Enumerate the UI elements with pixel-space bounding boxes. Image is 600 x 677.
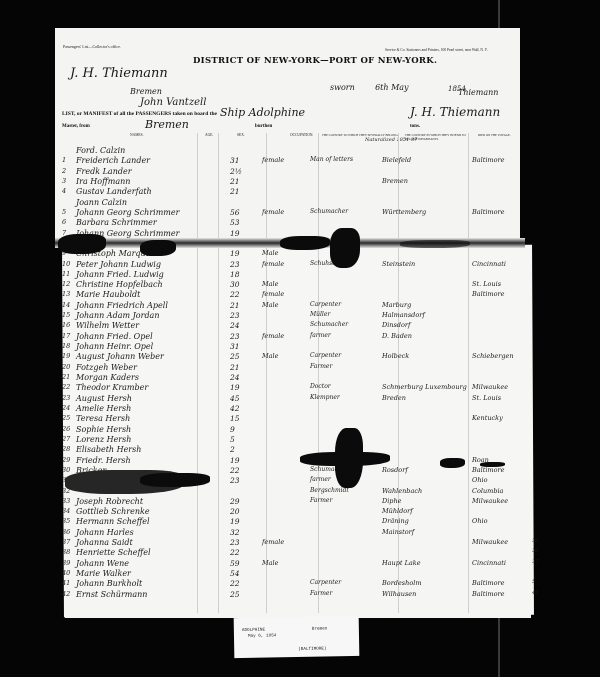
passenger-age: 18 [230, 270, 250, 279]
passenger-number: 5 [62, 208, 74, 216]
card-destination: (BALTIMORE) [298, 646, 326, 651]
passenger-number: 19 [62, 352, 74, 360]
passenger-origin: Wahlenbach [382, 487, 467, 495]
passenger-occupation: Schumacher [310, 208, 380, 215]
burthen-label: burthen [255, 124, 272, 129]
passenger-age: 19 [230, 249, 250, 258]
passenger-name: Elisabeth Hersh [76, 445, 226, 454]
passenger-name: Ernst Schürmann [76, 590, 226, 599]
passenger-age: 2 [230, 445, 250, 454]
archive-index-card: ADOLPHINE May 6, 1854 Bremen (BALTIMORE) [234, 616, 360, 658]
passenger-name: Lorenz Hersh [76, 435, 226, 444]
passenger-number: 13 [62, 290, 74, 298]
damage-spot [330, 228, 360, 268]
passenger-destination: Cincinnati [472, 559, 532, 567]
district-title: DISTRICT OF NEW-YORK—PORT OF NEW-YORK. [193, 56, 437, 66]
passenger-name: Johanna Saidt [76, 538, 226, 547]
passenger-number: 4 [62, 187, 74, 195]
passenger-number: 25 [62, 414, 74, 422]
passenger-extra-note: 5 [532, 579, 552, 585]
passenger-name: Johann Heinr. Opel [76, 342, 226, 351]
passenger-age: 21 [230, 177, 250, 186]
passenger-number: 26 [62, 425, 74, 433]
passenger-number: 33 [62, 497, 74, 505]
damage-spot [480, 462, 505, 467]
passenger-name: August Johann Weber [76, 352, 226, 361]
passenger-name: Teresa Hersh [76, 414, 226, 423]
passenger-destination: Ohio [472, 476, 532, 484]
passenger-age: 2½ [230, 167, 250, 176]
passenger-number: 27 [62, 435, 74, 443]
passenger-age: 53 [230, 218, 250, 227]
passenger-extra-note: 35 [532, 538, 552, 544]
passenger-name: Fredk Lander [76, 167, 226, 176]
passenger-origin: Halmansdorf [382, 311, 467, 319]
passenger-destination: Kentucky [472, 414, 532, 422]
passenger-sex: Male [262, 280, 307, 288]
passenger-destination: Baltimore [472, 590, 532, 598]
passenger-name: Wilhelm Wetter [76, 321, 226, 330]
passenger-occupation: Carpenter [310, 301, 380, 308]
passenger-age: 56 [230, 208, 250, 217]
passenger-occupation: Schumacher [310, 321, 380, 328]
printer-credit: Service & Co. Stationers and Printers, 1… [385, 48, 488, 52]
passenger-number: 38 [62, 548, 74, 556]
passenger-number: 35 [62, 517, 74, 525]
passenger-origin: Steinstein [382, 260, 467, 268]
passenger-origin: Holbeck [382, 352, 467, 360]
passenger-age: 23 [230, 476, 250, 485]
passenger-destination: Baltimore [472, 156, 532, 164]
passenger-occupation: Doctor [310, 383, 380, 390]
damage-spot [140, 473, 210, 487]
column-header-names: Names. [130, 133, 143, 137]
passenger-origin: Mainstorf [382, 528, 467, 536]
passenger-number: 10 [62, 260, 74, 268]
passenger-extra-note: 45 [532, 590, 552, 596]
passenger-age: 59 [230, 559, 250, 568]
passenger-occupation: Farmer [310, 363, 380, 370]
passenger-sex: female [262, 208, 307, 216]
passenger-sex: Male [262, 352, 307, 360]
passenger-number: 23 [62, 394, 74, 402]
passenger-name: Johann Harles [76, 528, 226, 537]
passenger-sex: Male [262, 301, 307, 309]
passenger-name: Sophie Hersh [76, 425, 226, 434]
passenger-origin: Bordesholm [382, 579, 467, 587]
passenger-name: Gustav Landerfath [76, 187, 226, 196]
card-port: Bremen [312, 626, 328, 631]
passenger-age: 25 [230, 352, 250, 361]
passenger-name: Johann Friedrich Apell [76, 301, 226, 310]
passenger-destination: Ohio [472, 517, 532, 525]
passenger-number: 36 [62, 528, 74, 536]
passenger-name: Johann Burkholt [76, 579, 226, 588]
passenger-age: 19 [230, 383, 250, 392]
tons-label: tons. [410, 124, 420, 129]
passenger-destination: Milwaukee [472, 538, 532, 546]
passenger-name: Joann Calzin [76, 198, 226, 207]
passenger-name: Theodor Kramber [76, 383, 226, 392]
passenger-origin: Bremen [382, 177, 467, 185]
passenger-age: 20 [230, 507, 250, 516]
passenger-age: 19 [230, 456, 250, 465]
passenger-name: Fotzgeh Weber [76, 363, 226, 372]
passenger-name: Johann Fried. Ludwig [76, 270, 226, 279]
passenger-number: 24 [62, 404, 74, 412]
passenger-destination: St. Louis [472, 394, 532, 402]
passenger-number: 20 [62, 363, 74, 371]
damage-spot [440, 458, 465, 468]
passenger-age: 32 [230, 528, 250, 537]
passenger-age: 24 [230, 321, 250, 330]
passenger-number: 39 [62, 559, 74, 567]
printer-note: Passengers' List—Collector's office. [63, 44, 121, 49]
card-ship-name: ADOLPHINE [242, 628, 265, 633]
passenger-number: 3 [62, 177, 74, 185]
passenger-age: 21 [230, 187, 250, 196]
passenger-number: 15 [62, 311, 74, 319]
passenger-number: 16 [62, 321, 74, 329]
master-from: Bremen [145, 118, 189, 131]
passenger-number: 42 [62, 590, 74, 598]
column-header-sex: Sex. [237, 133, 245, 137]
passenger-number: 41 [62, 579, 74, 587]
passenger-name: Henriette Scheffel [76, 548, 226, 557]
passenger-origin: Wilhausen [382, 590, 467, 598]
passenger-age: 22 [230, 548, 250, 557]
passenger-age: 21 [230, 363, 250, 372]
sworn-date: sworn 6th May [330, 83, 409, 92]
damage-spot [300, 452, 390, 466]
passenger-sex: female [262, 156, 307, 164]
list-title: LIST, or MANIFEST of all the PASSENGERS … [62, 111, 217, 117]
officer-signature: John Vantzell [140, 97, 206, 108]
passenger-origin: Württemberg [382, 208, 467, 216]
passenger-number: 12 [62, 280, 74, 288]
passenger-extra-note: 37 [532, 559, 552, 565]
passenger-destination: St. Louis [472, 280, 532, 288]
passenger-occupation: farmer [310, 332, 380, 339]
passenger-age: 31 [230, 342, 250, 351]
column-rule [468, 133, 469, 613]
passenger-name: Peter Johann Ludwig [76, 260, 226, 269]
oath-name: J. H. Thiemann [70, 66, 168, 81]
passenger-age: 29 [230, 497, 250, 506]
passenger-sex: female [262, 290, 307, 298]
passenger-number: 34 [62, 507, 74, 515]
passenger-number: 18 [62, 342, 74, 350]
passenger-destination: Columbia [472, 487, 532, 495]
passenger-age: 21 [230, 301, 250, 310]
passenger-name: Amelie Hersh [76, 404, 226, 413]
passenger-extra-note: 36 [532, 548, 552, 554]
passenger-destination: Cincinnati [472, 260, 532, 268]
passenger-destination: Milwaukee [472, 383, 532, 391]
passenger-origin: Dräning [382, 517, 467, 525]
passenger-name: Ford. Calzin [76, 146, 226, 155]
passenger-destination: Baltimore [472, 579, 532, 587]
passenger-origin: D. Baden [382, 332, 467, 340]
passenger-number: 29 [62, 456, 74, 464]
country-header-annotation: Naturalized 1851-37 [365, 137, 417, 143]
column-header-died: Died on the voyage. [478, 133, 518, 137]
passenger-age: 45 [230, 394, 250, 403]
passenger-name: Johann Georg Schrimmer [76, 208, 226, 217]
passenger-origin: Schmerburg Luxembourg [382, 383, 467, 391]
passenger-origin: Dinsdorf [382, 321, 467, 329]
passenger-number: 11 [62, 270, 74, 278]
passenger-age: 42 [230, 404, 250, 413]
passenger-number: 40 [62, 569, 74, 577]
passenger-name: Freiderich Lander [76, 156, 226, 165]
passenger-occupation: Carpenter [310, 579, 380, 586]
passenger-origin: Bielefeld [382, 156, 467, 164]
port-from: Bremen [130, 87, 162, 96]
passenger-age: 19 [230, 229, 250, 238]
passenger-number: 30 [62, 466, 74, 474]
passenger-number: 1 [62, 156, 74, 164]
passenger-age: 31 [230, 156, 250, 165]
damage-spot [140, 240, 176, 256]
passenger-number: 2 [62, 167, 74, 175]
passenger-name: August Hersh [76, 394, 226, 403]
passenger-age: 23 [230, 332, 250, 341]
passenger-age: 23 [230, 311, 250, 320]
passenger-destination: Baltimore [472, 290, 532, 298]
damage-spot [58, 234, 106, 254]
master-from-label: Master, from [62, 124, 90, 129]
damage-spot [400, 240, 470, 248]
passenger-origin: Breden [382, 394, 467, 402]
passenger-number: 6 [62, 218, 74, 226]
passenger-origin: Marburg [382, 301, 467, 309]
passenger-number: 14 [62, 301, 74, 309]
passenger-origin: Mühldorf [382, 507, 467, 515]
passenger-occupation: Farmer [310, 497, 380, 504]
passenger-age: 5 [230, 435, 250, 444]
damage-spot [280, 236, 330, 250]
passenger-occupation: Klempner [310, 394, 380, 401]
passenger-origin: Diphe [382, 497, 467, 505]
passenger-destination: Baltimore [472, 466, 532, 474]
passenger-destination: Baltimore [472, 208, 532, 216]
passenger-occupation: Man of letters [310, 156, 380, 163]
column-rule [318, 133, 319, 613]
passenger-name: Christine Hopfelbach [76, 280, 226, 289]
column-header-occupation: Occupation. [290, 133, 313, 137]
passenger-name: Gottlieb Schrenke [76, 507, 226, 516]
passenger-name: Johann Adam Jordan [76, 311, 226, 320]
passenger-name: Hermann Scheffel [76, 517, 226, 526]
passenger-name: Barbara Schrimmer [76, 218, 226, 227]
passenger-occupation: Müller [310, 311, 380, 318]
passenger-age: 19 [230, 517, 250, 526]
passenger-number: 28 [62, 445, 74, 453]
passenger-sex: female [262, 538, 307, 546]
passenger-name: Morgan Kaders [76, 373, 226, 382]
passenger-name: Ira Hoffmann [76, 177, 226, 186]
column-rule [398, 133, 399, 613]
passenger-occupation: Farmer [310, 590, 380, 597]
passenger-number: 22 [62, 383, 74, 391]
card-date: May 6, 1854 [248, 633, 276, 638]
column-header-age: Age. [205, 133, 213, 137]
master-name: J. H. Thiemann [410, 105, 500, 119]
passenger-age: 15 [230, 414, 250, 423]
passenger-age: 23 [230, 538, 250, 547]
passenger-number: 37 [62, 538, 74, 546]
passenger-name: Marie Hauboldt [76, 290, 226, 299]
passenger-destination: Milwaukee [472, 497, 532, 505]
passenger-sex: female [262, 260, 307, 268]
passenger-age: 22 [230, 290, 250, 299]
passenger-age: 9 [230, 425, 250, 434]
passenger-age: 22 [230, 579, 250, 588]
passenger-age: 25 [230, 590, 250, 599]
passenger-name: Johann Fried. Opel [76, 332, 226, 341]
passenger-sex: Male [262, 249, 307, 257]
passenger-age: 23 [230, 260, 250, 269]
passenger-destination: Schiebergen [472, 352, 532, 360]
passenger-age: 24 [230, 373, 250, 382]
passenger-age: 30 [230, 280, 250, 289]
passenger-number: 21 [62, 373, 74, 381]
passenger-origin: Haupt Lake [382, 559, 467, 567]
passenger-age: 22 [230, 466, 250, 475]
passenger-sex: Male [262, 559, 307, 567]
passenger-sex: female [262, 332, 307, 340]
passenger-name: Johann Wene [76, 559, 226, 568]
passenger-number: 17 [62, 332, 74, 340]
passenger-name: Joseph Robrecht [76, 497, 226, 506]
passenger-name: Friedr. Hersh [76, 456, 226, 465]
vessel-name: Ship Adolphine [220, 106, 305, 119]
master-signature: Thiemann [458, 88, 498, 97]
passenger-name: Marie Walker [76, 569, 226, 578]
passenger-age: 54 [230, 569, 250, 578]
passenger-occupation: Carpenter [310, 352, 380, 359]
